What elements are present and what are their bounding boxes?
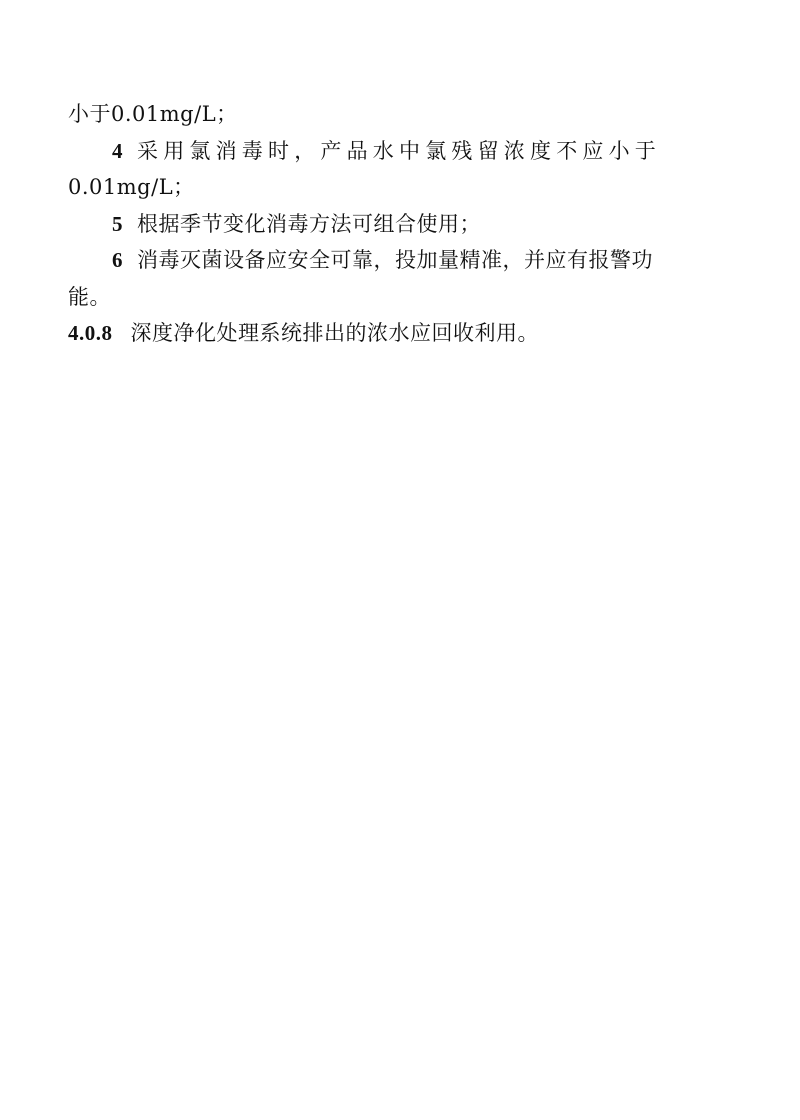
item-number: 6 [112,248,123,272]
item-number: 4 [112,139,123,163]
item-number: 5 [112,212,123,236]
list-item-5: 5根据季节变化消毒方法可组合使用； [68,206,744,243]
line-text: 小于0.01mg/L； [68,102,238,126]
item-text: 根据季节变化消毒方法可组合使用； [137,212,481,236]
line-text: 0.01mg/L； [68,175,195,199]
list-item-6: 6消毒灭菌设备应安全可靠，投加量精准，并应有报警功 [68,242,744,279]
text-line-continuation: 0.01mg/L； [68,169,744,206]
clause-text: 深度净化处理系统排出的浓水应回收利用。 [131,321,540,345]
text-line-continuation: 能。 [68,279,744,316]
list-item-4: 4采用氯消毒时，产品水中氯残留浓度不应小于 [68,133,744,170]
text-line-continuation: 小于0.01mg/L； [68,96,744,133]
item-text: 消毒灭菌设备应安全可靠，投加量精准，并应有报警功 [137,248,653,272]
document-body: 小于0.01mg/L； 4采用氯消毒时，产品水中氯残留浓度不应小于 0.01mg… [68,96,744,352]
line-text: 能。 [68,285,111,309]
clause-4-0-8: 4.0.8深度净化处理系统排出的浓水应回收利用。 [68,315,744,352]
clause-number: 4.0.8 [68,321,113,345]
item-text: 采用氯消毒时，产品水中氯残留浓度不应小于 [137,139,661,163]
